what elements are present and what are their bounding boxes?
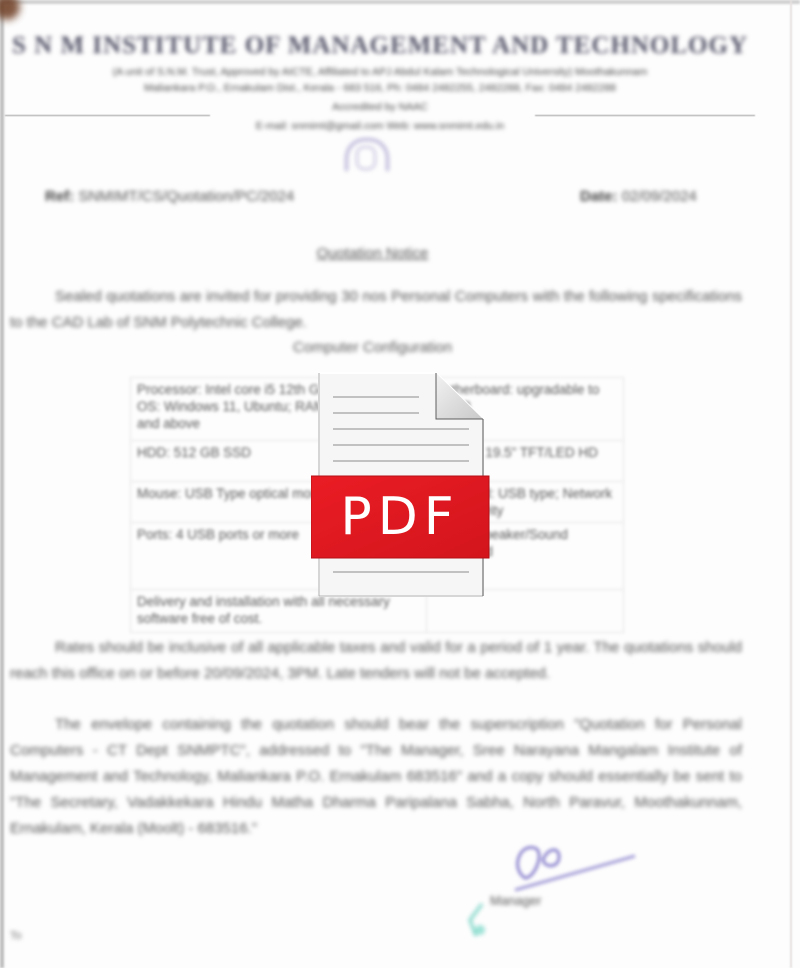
- rates-paragraph: Rates should be inclusive of all applica…: [10, 635, 742, 687]
- seal-stamp-icon: [462, 900, 498, 940]
- margin-note: To: [10, 930, 22, 942]
- signature-icon: [505, 838, 645, 898]
- date-value: 02/09/2024: [622, 188, 697, 205]
- letterhead-divider-left: [5, 115, 210, 116]
- date-label: Date:: [580, 188, 618, 205]
- envelope-paragraph: The envelope containing the quotation sh…: [10, 712, 742, 842]
- reference-number: Ref: SNMIMT/CS/Quotation/PC/2024: [45, 188, 294, 205]
- reference-label: Ref:: [45, 188, 74, 205]
- pdf-label: PDF: [311, 476, 489, 558]
- letterhead-line-1: (A unit of S.N.M. Trust, Approved by AIC…: [0, 66, 760, 78]
- intro-paragraph: Sealed quotations are invited for provid…: [10, 284, 742, 336]
- letterhead-line-2: Maliankara P.O., Ernakulam Dist., Kerala…: [0, 82, 760, 94]
- corner-stain: [0, 0, 20, 20]
- rates-text: Rates should be inclusive of all applica…: [10, 639, 742, 682]
- institution-emblem-inner: [356, 146, 376, 170]
- letterhead-line-4: E-mail: snmimt@gmail.com Web: www.snmimt…: [0, 120, 760, 132]
- letterhead-divider-right: [535, 115, 755, 116]
- envelope-text: The envelope containing the quotation sh…: [10, 716, 742, 837]
- spec-heading: Computer Configuration: [0, 339, 745, 356]
- letterhead-line-3: Accredited by NAAC: [0, 101, 760, 113]
- page-edge-top: [0, 0, 800, 4]
- pdf-file-icon[interactable]: PDF: [311, 371, 491, 603]
- page-edge-right: [790, 0, 792, 968]
- document-title: Quotation Notice: [0, 245, 745, 262]
- document-date: Date: 02/09/2024: [580, 188, 697, 205]
- page-edge-left: [0, 0, 4, 968]
- intro-text: Sealed quotations are invited for provid…: [10, 288, 742, 331]
- institution-name: S N M INSTITUTE OF MANAGEMENT AND TECHNO…: [0, 32, 760, 60]
- reference-value: SNMIMT/CS/Quotation/PC/2024: [78, 188, 294, 205]
